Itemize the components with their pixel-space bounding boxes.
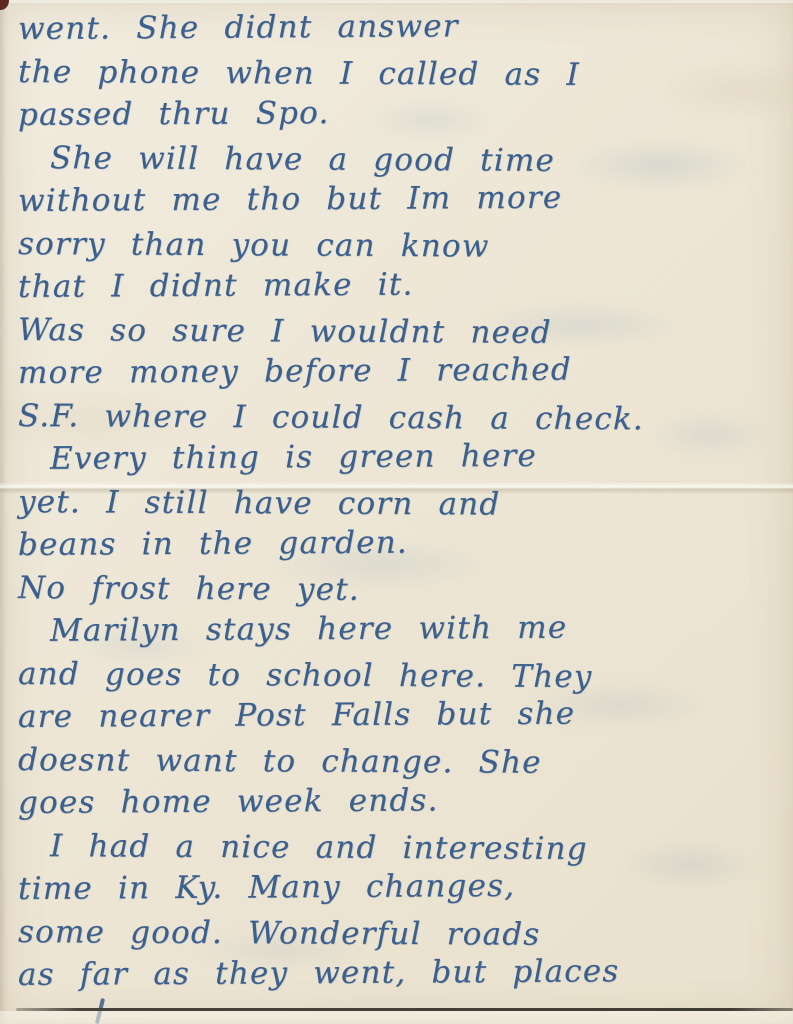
handwritten-line: without me tho but Im more <box>18 175 793 223</box>
handwritten-line: passed thru Spo. <box>18 89 793 137</box>
scan-corner-mark <box>0 0 9 10</box>
handwritten-line: time in Ky. Many changes, <box>18 863 793 911</box>
handwritten-line: that I didnt make it. <box>18 261 793 309</box>
handwritten-line: beans in the garden. <box>18 519 793 567</box>
handwritten-line: went. She didnt answer <box>18 3 793 51</box>
letter-page: went. She didnt answer the phone when I … <box>0 0 793 1024</box>
handwritten-line: goes home week ends. <box>18 777 793 825</box>
handwritten-line: Every thing is green here <box>18 433 793 481</box>
below-fold-paper <box>0 1011 793 1024</box>
handwritten-line: are nearer Post Falls but she <box>18 691 793 739</box>
handwritten-line: more money before I reached <box>18 347 793 395</box>
handwritten-line: Marilyn stays here with me <box>18 605 793 653</box>
letter-body: went. She didnt answer the phone when I … <box>18 8 793 997</box>
handwritten-line: as far as they went, but places <box>18 949 793 997</box>
scan-top-edge <box>0 0 793 3</box>
